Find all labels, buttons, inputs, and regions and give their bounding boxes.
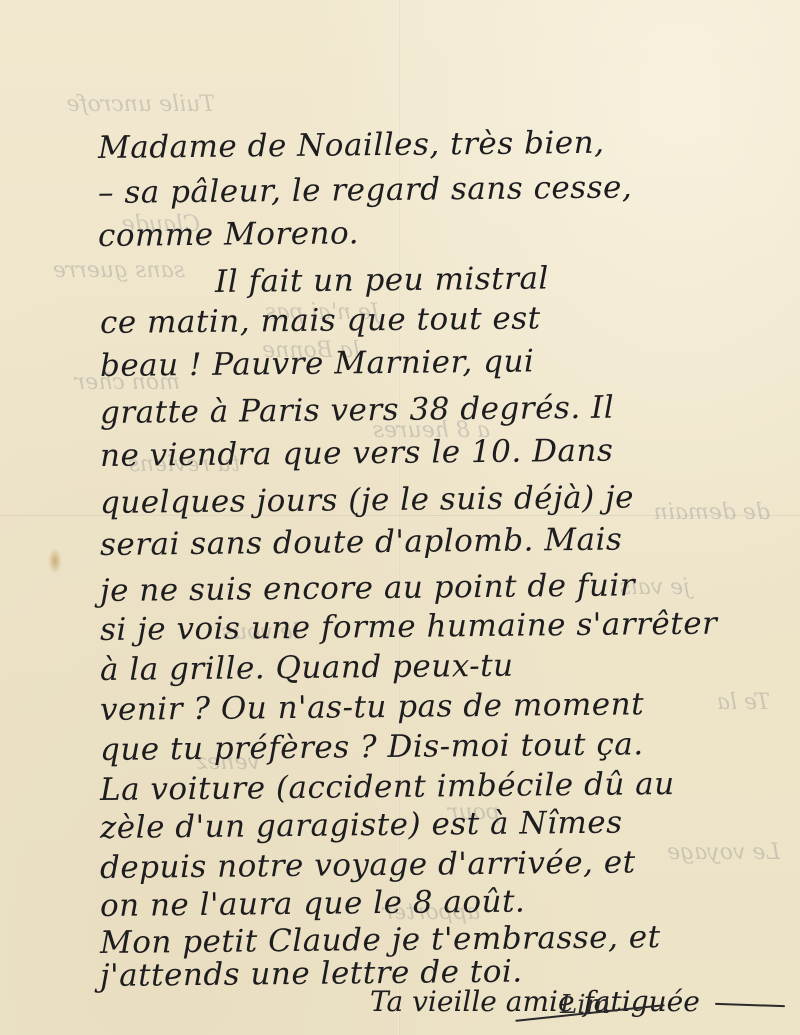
letter-closing: Ta vieille amie fatiguée [370,985,700,1018]
letter-line: venir ? Ou n'as-tu pas de moment [100,686,644,728]
letter-line: si je vois une forme humaine s'arrêter [100,606,718,648]
letter-line: à la grille. Quand peux-tu [100,648,514,688]
letter-line: gratte à Paris vers 38 degrés. Il [100,390,615,431]
letter-line: ne viendra que vers le 10. Dans [100,433,614,474]
letter-body: Madame de Noailles, très bien, – sa pâle… [0,0,800,1035]
signature: Lim [560,990,610,1020]
letter-line: on ne l'aura que le 8 août. [100,884,526,924]
letter-line: beau ! Pauvre Marnier, qui [100,343,535,384]
letter-line: que tu préfères ? Dis-moi tout ça. [100,726,644,768]
letter-line: depuis notre voyage d'arrivée, et [100,844,636,886]
letter-line: quelques jours (je le suis déjà) je [100,479,634,521]
letter-line: zèle d'un garagiste) est à Nîmes [100,805,623,846]
letter-line: comme Moreno. [98,215,359,254]
signature-stroke [715,1003,785,1007]
letter-line: La voiture (accident imbécile dû au [100,766,675,808]
letter-line: ce matin, mais que tout est [100,300,541,341]
letter-line: serai sans doute d'aplomb. Mais [100,522,623,563]
letter-line: – sa pâleur, le regard sans cesse, [98,169,633,211]
letter-line: Madame de Noailles, très bien, [98,125,605,166]
letter-line: Il fait un peu mistral [215,261,549,300]
letter-page: Tuile uncrofe Claude sans guerre Je n'ai… [0,0,800,1035]
letter-line: je ne suis encore au point de fuir [100,567,635,609]
